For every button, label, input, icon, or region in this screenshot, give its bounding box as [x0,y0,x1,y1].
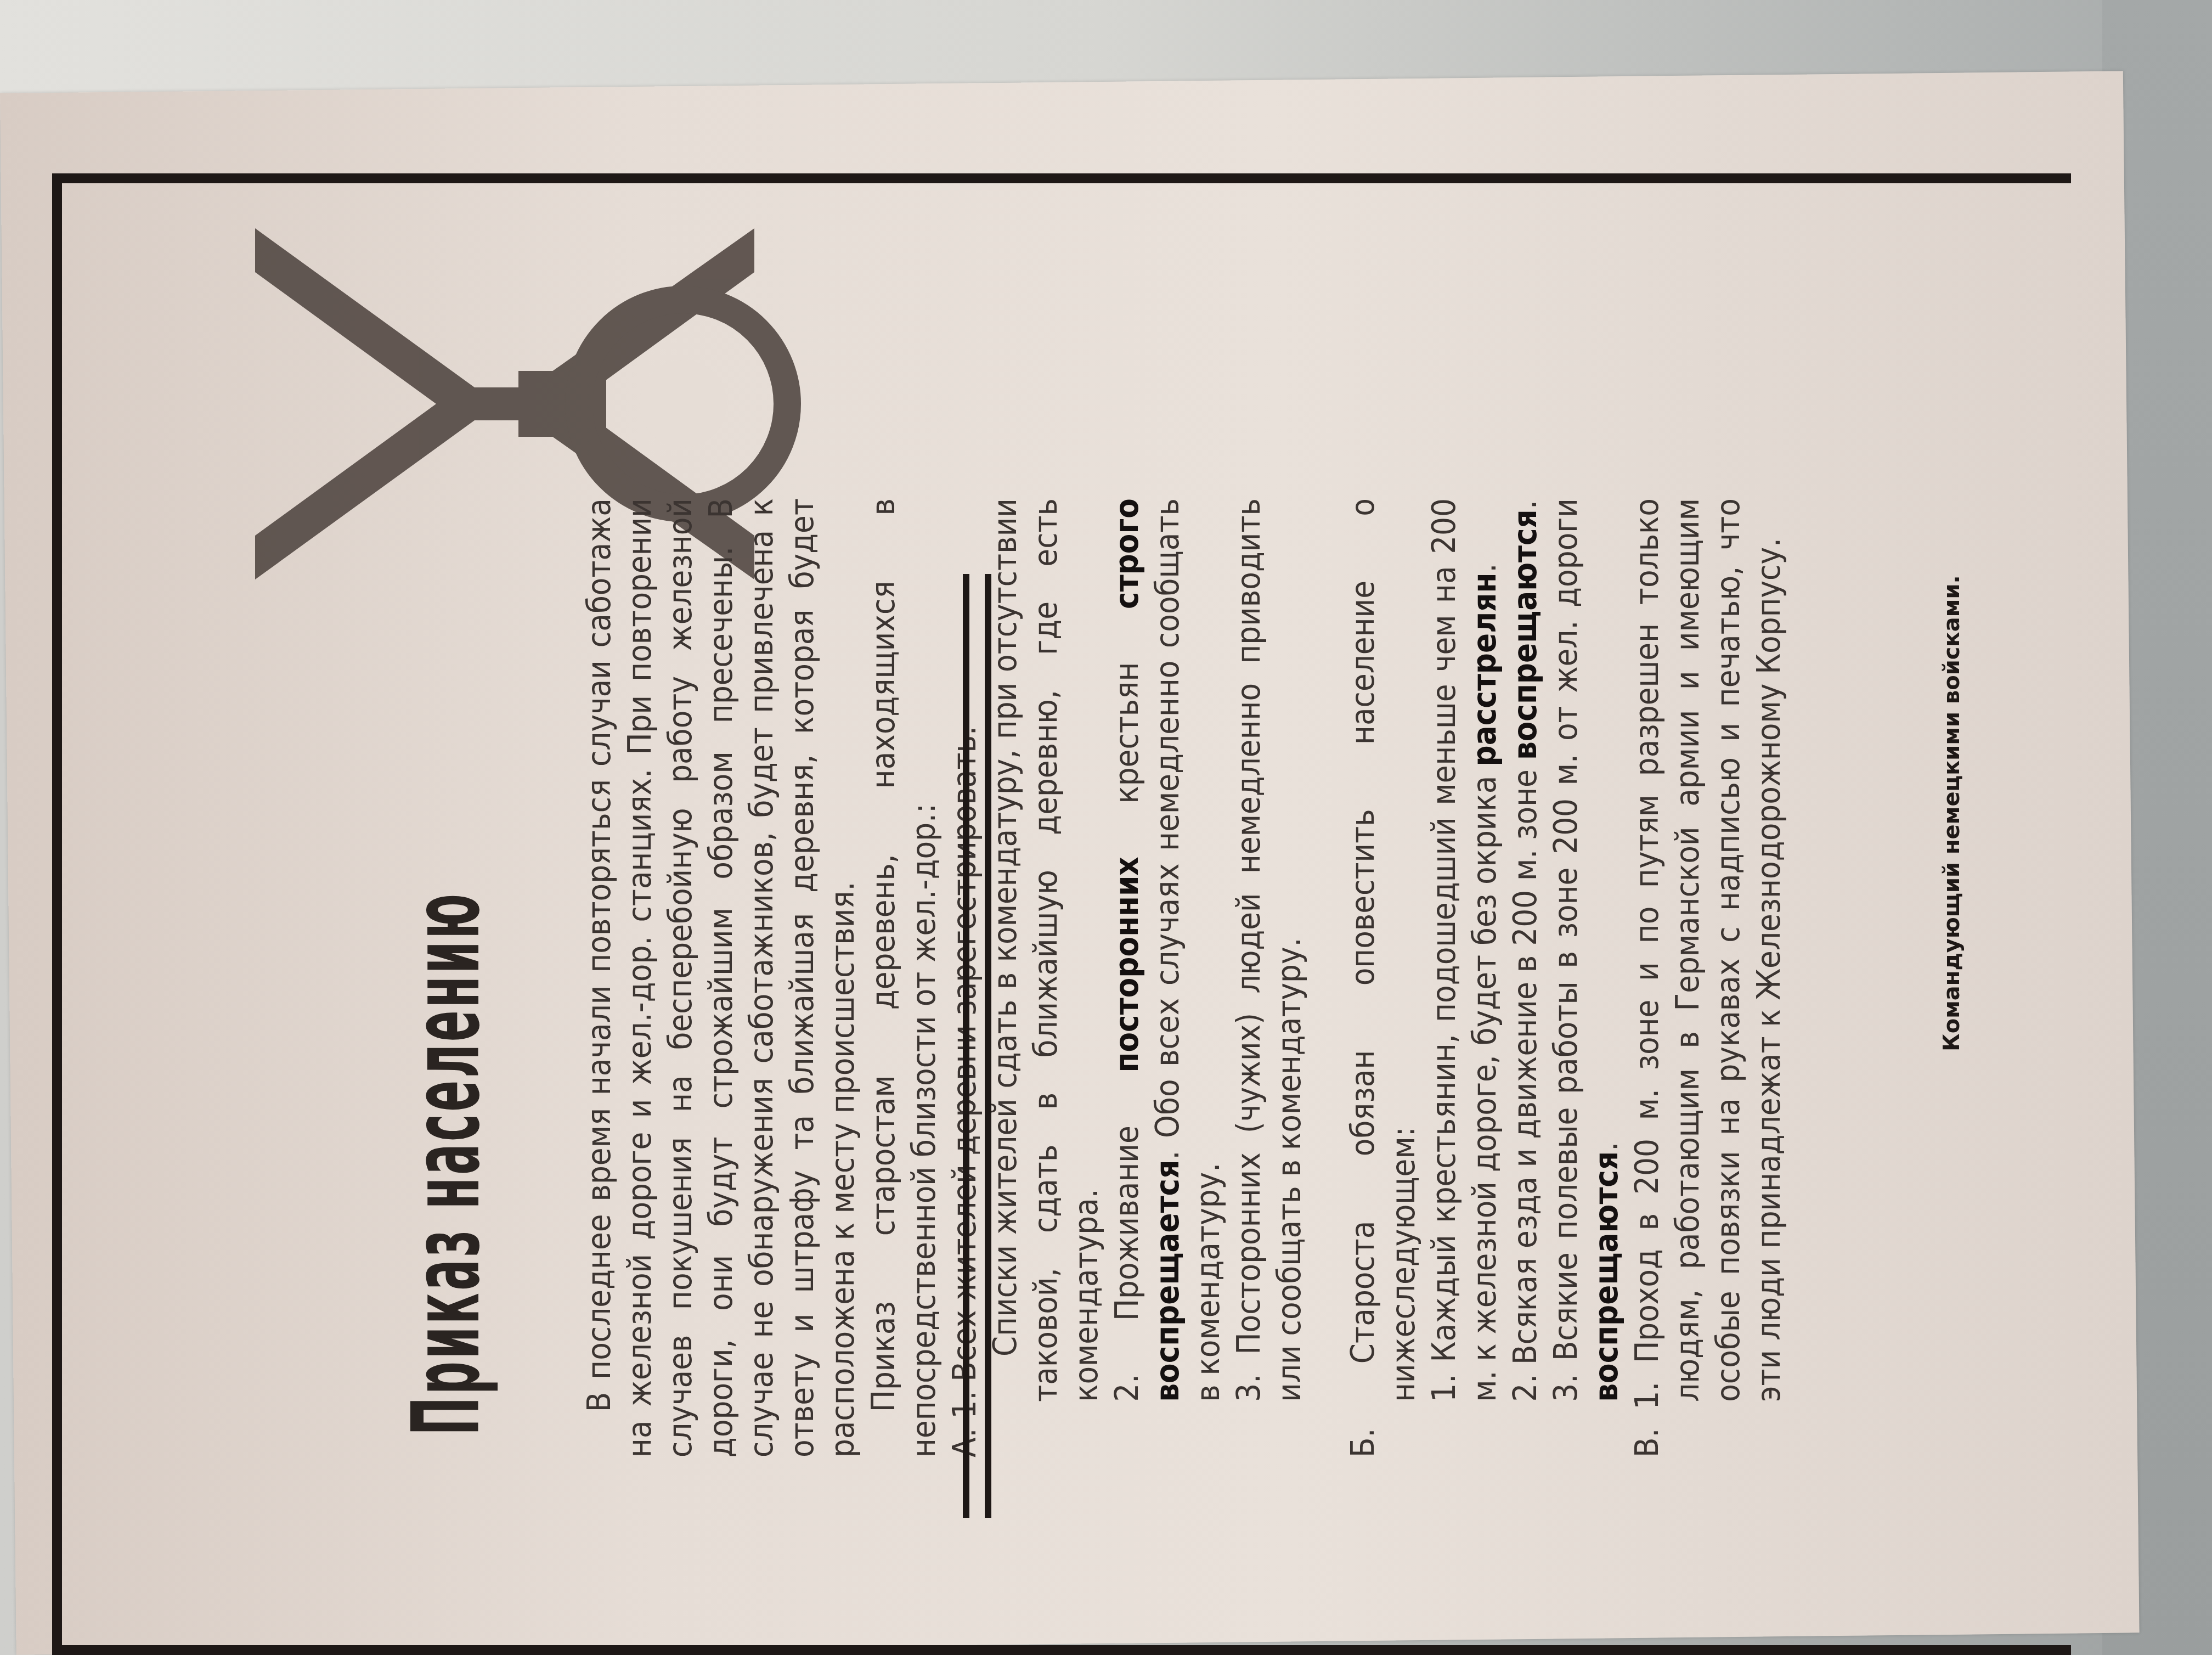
double-rule-left [963,574,969,1518]
section-a-item-3: 3. Посторонних (чужих) людей немедленно … [1228,498,1310,1457]
section-b-item-3: 3. Всякие полевые работы в зоне 200 м. о… [1545,498,1627,1457]
document-body: В последнее время начали повторяться слу… [579,498,1789,1457]
section-v-item-1: В. 1. Проход в 200 м. зоне и по путям ра… [1627,498,1789,1457]
signature: Командующий немецкими войсками. [1939,575,1965,1051]
section-b-lead: Б. Староста обязан оповестить население … [1342,498,1424,1457]
section-b-item-2: 2. Всякая езда и движение в 200 м. зоне … [1505,498,1545,1457]
section-b-item-1: 1. Каждый крестьянин, подошедший меньше … [1424,498,1505,1457]
section-a-item-2: 2. Проживание посторонних крестьян строг… [1107,498,1228,1457]
document-page: Приказ населению В последнее время начал… [52,151,2082,1655]
intro-paragraph: В последнее время начали повторяться слу… [579,498,863,1457]
section-a-item-1-extra: Списки жителей сдать в комендатуру, при … [985,498,1107,1457]
order-to-elders: Приказ старостам деревень, находящихся в… [863,498,944,1457]
document-title: Приказ населению [392,877,501,1436]
double-rule-right [985,574,991,1518]
